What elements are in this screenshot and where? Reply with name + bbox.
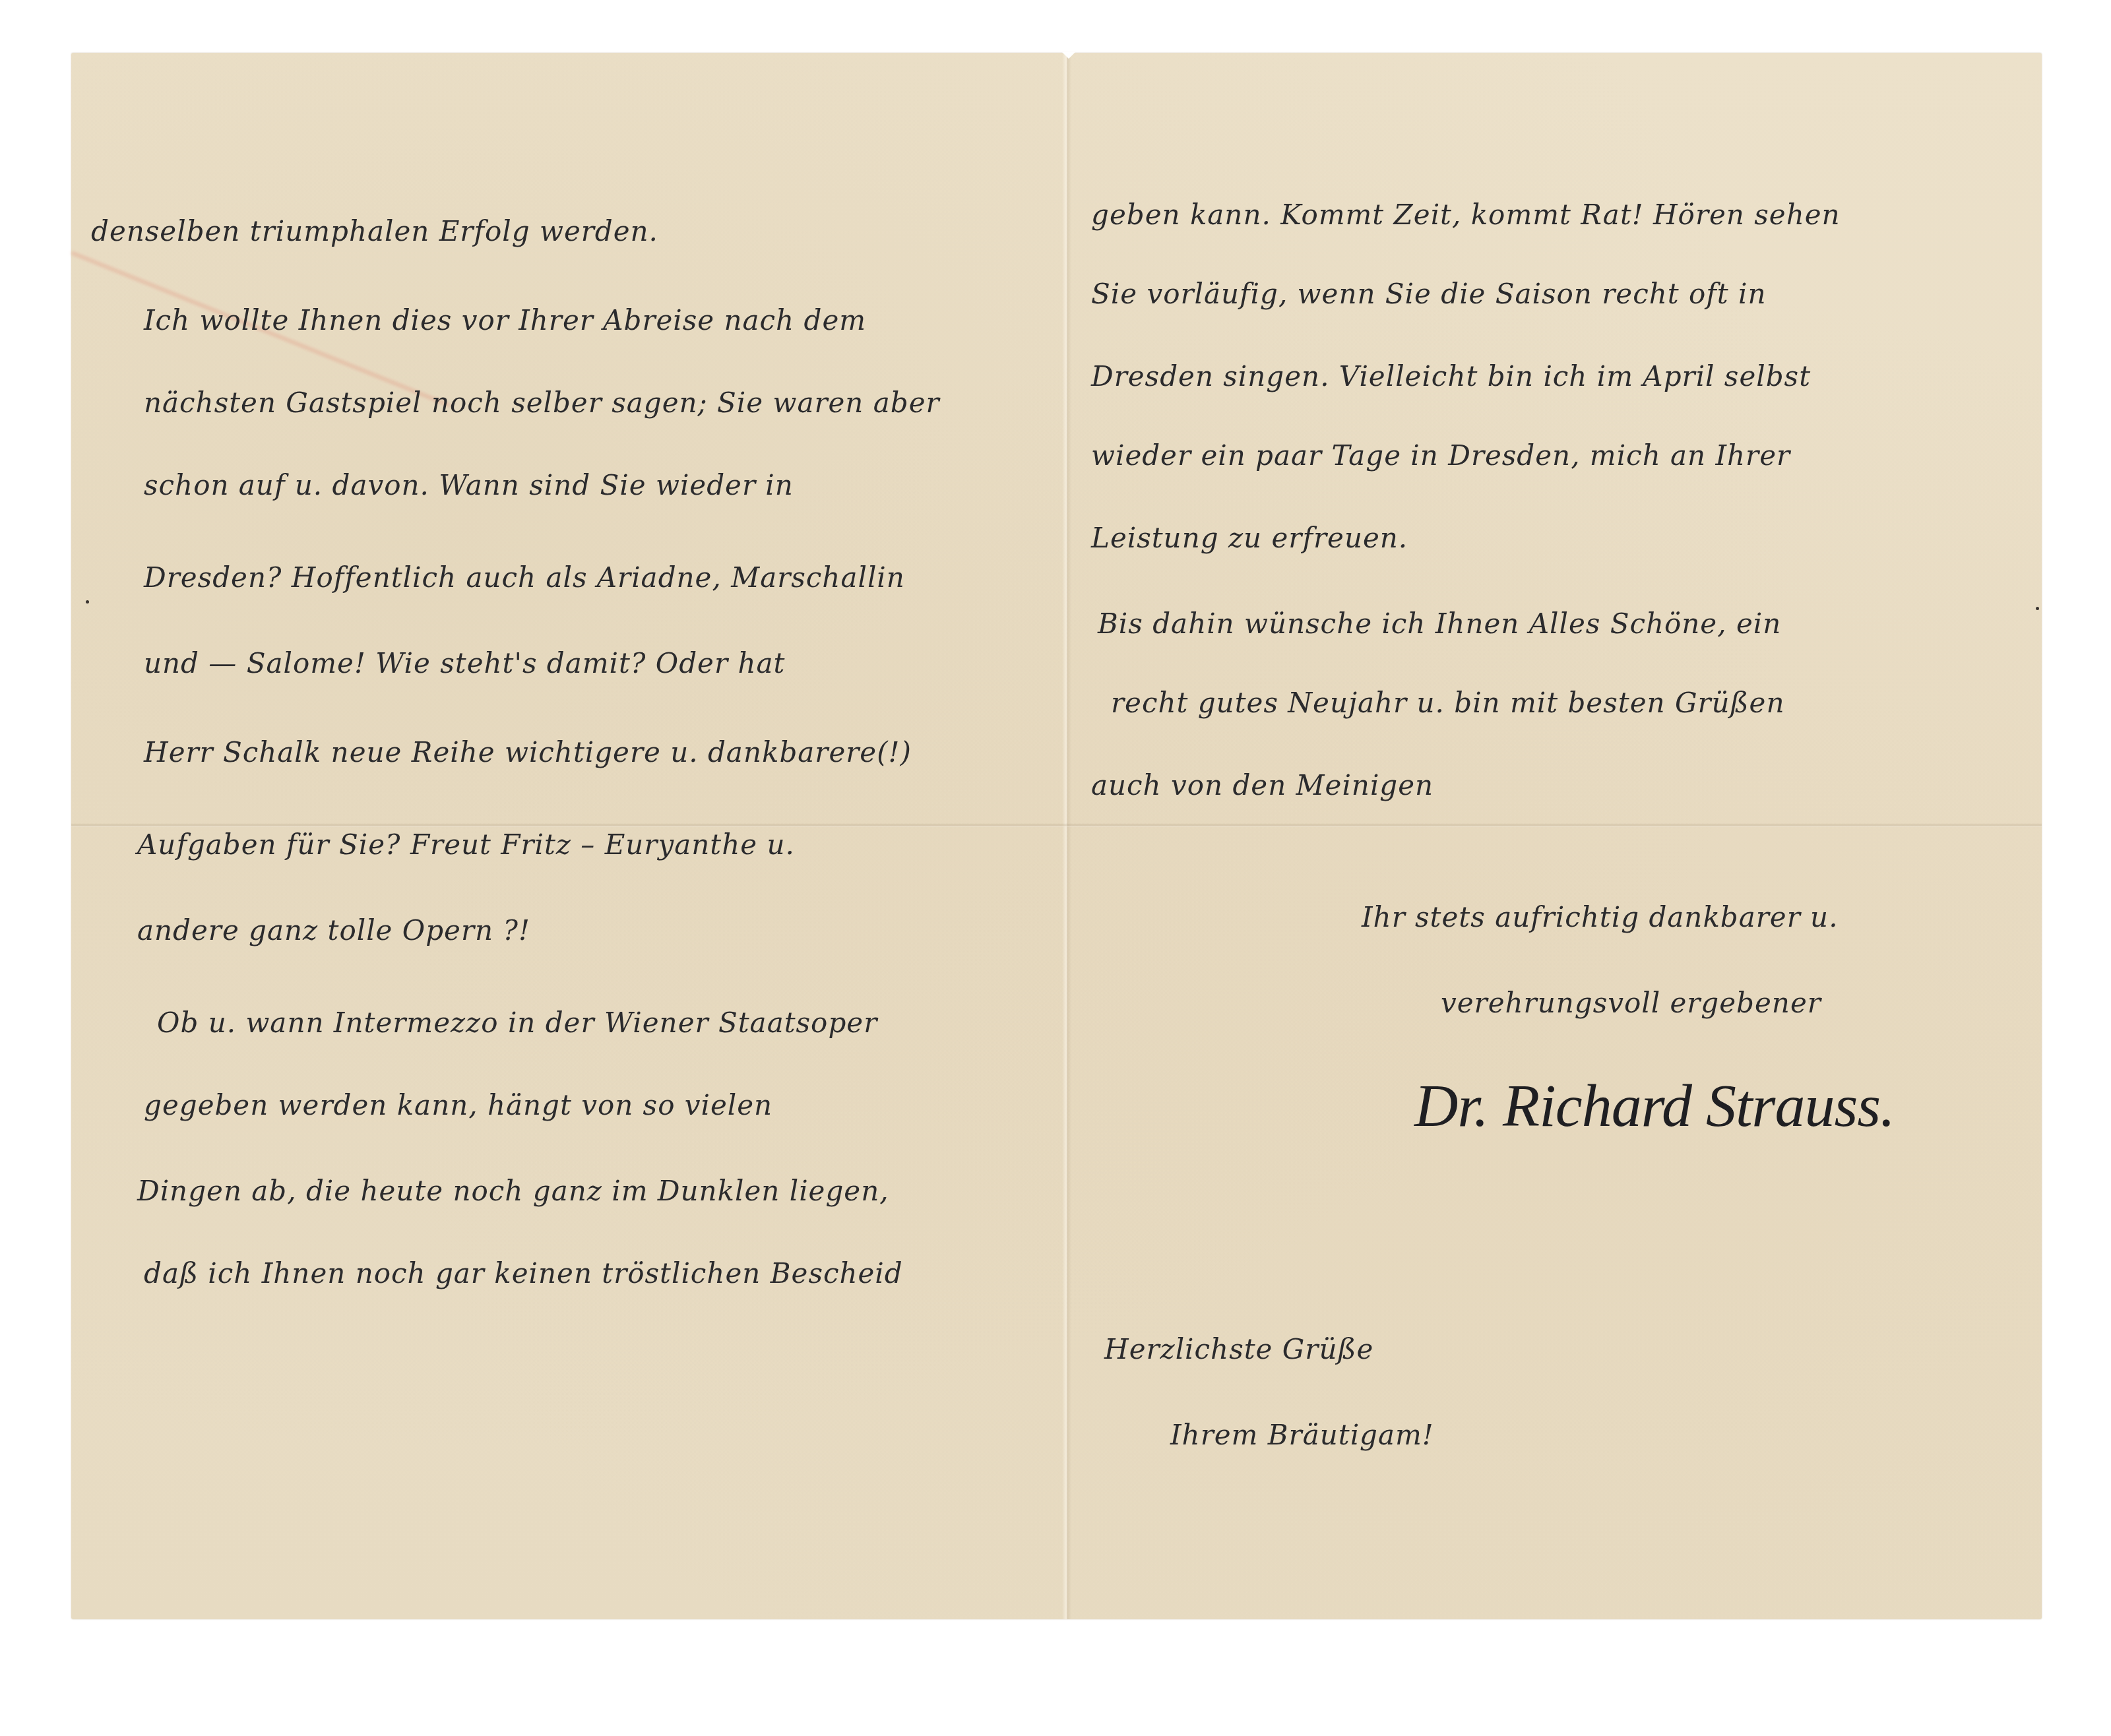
closing-line: Ihr stets aufrichtig dankbarer u. bbox=[1362, 904, 1839, 931]
letter-line: nächsten Gastspiel noch selber sagen; Si… bbox=[144, 389, 940, 417]
letter-line: andere ganz tolle Opern ?! bbox=[137, 917, 530, 945]
letter-line: Dresden singen. Vielleicht bin ich im Ap… bbox=[1091, 363, 1811, 390]
postscript-line: Herzlichste Grüße bbox=[1104, 1336, 1373, 1363]
letter-sheet: denselben triumphalen Erfolg werden. Ich… bbox=[71, 53, 2042, 1619]
letter-line: Aufgaben für Sie? Freut Fritz – Euryanth… bbox=[137, 831, 795, 859]
letter-line: auch von den Meinigen bbox=[1091, 772, 1434, 799]
letter-line: Ob u. wann Intermezzo in der Wiener Staa… bbox=[157, 1009, 877, 1037]
closing-line: verehrungsvoll ergebener bbox=[1441, 989, 1821, 1017]
letter-line: schon auf u. davon. Wann sind Sie wieder… bbox=[144, 472, 794, 499]
letter-line: gegeben werden kann, hängt von so vielen bbox=[144, 1092, 772, 1119]
letter-line: denselben triumphalen Erfolg werden. bbox=[91, 218, 658, 245]
ink-spot bbox=[86, 600, 89, 604]
signature: Dr. Richard Strauss. bbox=[1414, 1075, 1895, 1136]
letter-line: Dresden? Hoffentlich auch als Ariadne, M… bbox=[144, 564, 905, 592]
letter-line: Herr Schalk neue Reihe wichtigere u. dan… bbox=[144, 739, 912, 766]
postscript-line: Ihrem Bräutigam! bbox=[1170, 1421, 1434, 1449]
letter-line: daß ich Ihnen noch gar keinen tröstliche… bbox=[144, 1260, 903, 1287]
letter-line: wieder ein paar Tage in Dresden, mich an… bbox=[1091, 442, 1790, 470]
letter-line: geben kann. Kommt Zeit, kommt Rat! Hören… bbox=[1091, 201, 1841, 229]
letter-line: und — Salome! Wie steht's damit? Oder ha… bbox=[144, 650, 785, 677]
letter-line: Bis dahin wünsche ich Ihnen Alles Schöne… bbox=[1098, 610, 1781, 638]
ink-spot bbox=[2036, 607, 2039, 610]
right-page: geben kann. Kommt Zeit, kommt Rat! Hören… bbox=[1071, 53, 2042, 1619]
letter-line: Ich wollte Ihnen dies vor Ihrer Abreise … bbox=[144, 307, 866, 334]
letter-line: Sie vorläufig, wenn Sie die Saison recht… bbox=[1091, 280, 1767, 308]
center-fold bbox=[1062, 53, 1071, 1619]
left-page: denselben triumphalen Erfolg werden. Ich… bbox=[71, 53, 1062, 1619]
letter-line: Dingen ab, die heute noch ganz im Dunkle… bbox=[137, 1177, 889, 1205]
letter-line: recht gutes Neujahr u. bin mit besten Gr… bbox=[1111, 689, 1785, 717]
letter-line: Leistung zu erfreuen. bbox=[1091, 524, 1408, 552]
